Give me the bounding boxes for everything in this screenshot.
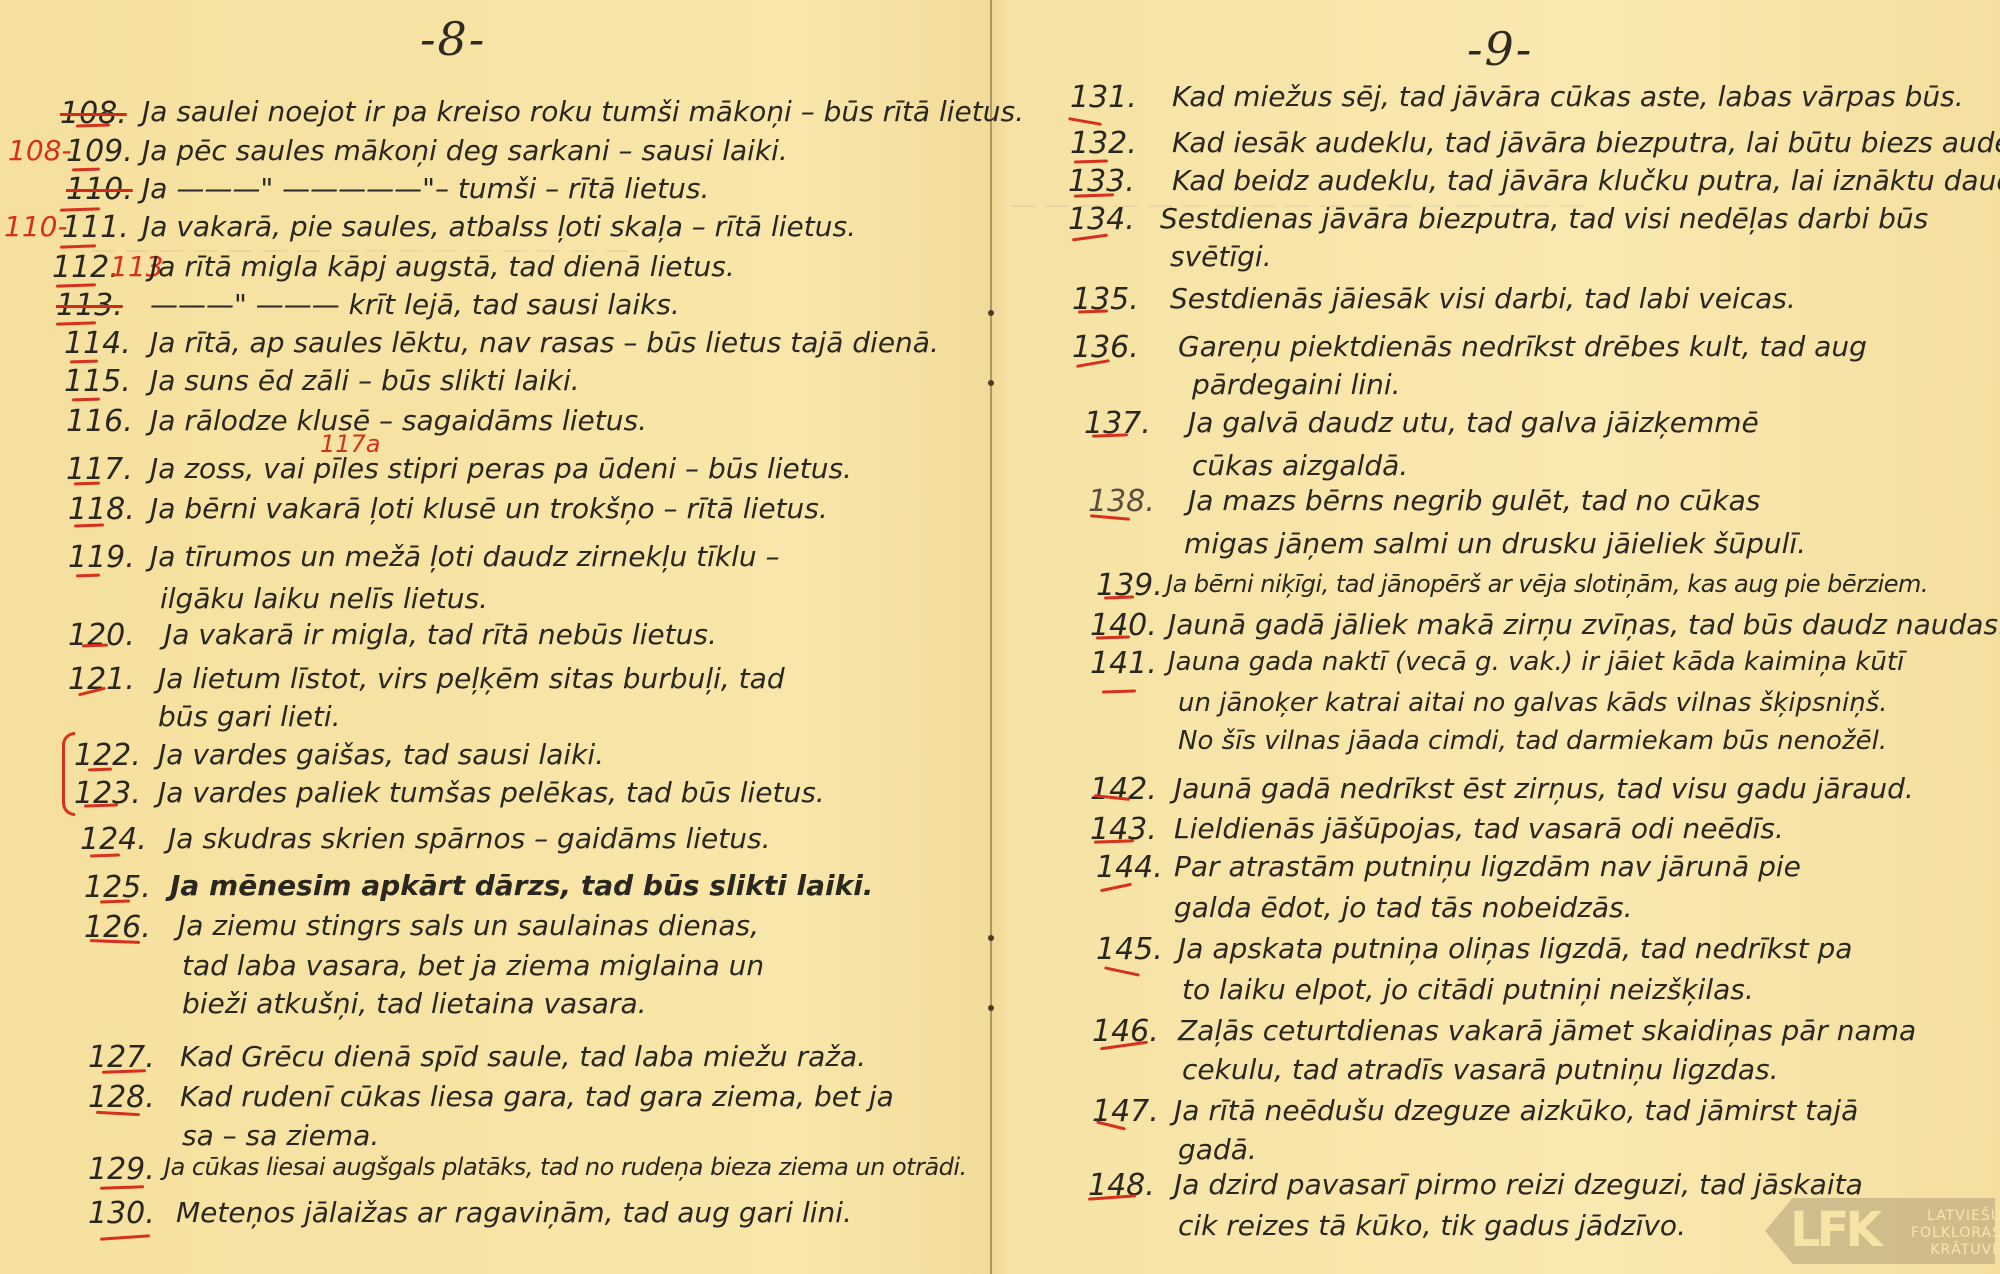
entry-number: 134. xyxy=(1068,202,1135,237)
red-underline xyxy=(70,360,98,364)
entry-number: 124. xyxy=(80,822,147,857)
entry-number: 131. xyxy=(1070,80,1137,115)
entry-text: Ja rītā, ap saules lēktu, nav rasas – bū… xyxy=(150,329,939,357)
entry-number: 114. xyxy=(64,326,131,361)
entry-text: Ja vakarā, pie saules, atbalss ļoti skaļ… xyxy=(142,213,856,241)
archive-watermark-logo: LFK LATVIEŠU FOLKLORAS KRĀTUVE xyxy=(1735,1190,1997,1274)
entry-text: Jaunā gadā jāliek makā zirņu zvīņas, tad… xyxy=(1168,611,2000,639)
entry-text: Kad Grēcu dienā spīd saule, tad laba mie… xyxy=(180,1043,866,1071)
entry-text: Kad miežus sēj, tad jāvāra cūkas aste, l… xyxy=(1172,83,1964,111)
entry-text: ———" ——— krīt lejā, tad sausi laiks. xyxy=(150,291,680,319)
entry-text: Ja mazs bērns negrib gulēt, tad no cūkas xyxy=(1188,487,1760,515)
entry-number: 120. xyxy=(68,618,135,653)
entry-number: 118. xyxy=(68,492,135,527)
entry-text: Meteņos jālaižas ar ragaviņām, tad aug g… xyxy=(176,1199,852,1227)
entry-number: 115. xyxy=(64,364,131,399)
logo-monogram: LFK xyxy=(1790,1202,1879,1258)
entry-text-continued: cekulu, tad atradīs vasarā putniņu ligzd… xyxy=(1182,1056,1778,1084)
entry-text-continued: bieži atkušņi, tad lietaina vasara. xyxy=(182,990,647,1018)
entry-number: 109. xyxy=(66,134,133,169)
entry-text-continued: būs gari lieti. xyxy=(158,703,341,731)
entry-text-continued: to laiku elpot, jo citādi putniņi neizšķ… xyxy=(1182,976,1754,1004)
entry-number: 112. xyxy=(52,250,119,285)
red-underline xyxy=(100,1234,150,1240)
entry-text-continued: pārdegaini lini. xyxy=(1192,371,1401,399)
page-number: -9- xyxy=(1467,22,1533,76)
entry-text: Sestdienas jāvāra biezputra, tad visi ne… xyxy=(1160,205,1928,233)
red-underline xyxy=(76,574,100,578)
red-underline xyxy=(60,244,96,248)
entry-text: Ja saulei noejot ir pa kreiso roku tumši… xyxy=(142,98,1024,126)
entry-text: Ja rītā neēdušu dzeguze aizkūko, tad jām… xyxy=(1174,1097,1858,1125)
entry-number: 138. xyxy=(1088,484,1155,519)
entry-text-continued: svētīgi. xyxy=(1170,243,1272,271)
entry-number: 132. xyxy=(1070,126,1137,161)
entry-number: 110. xyxy=(66,172,133,207)
entry-text-continued: cūkas aizgaldā. xyxy=(1192,452,1408,480)
entry-text: Ja rālodze klusē – sagaidāms lietus. xyxy=(150,407,647,435)
entry-text: Jauna gada naktī (vecā g. vak.) ir jāiet… xyxy=(1168,649,1904,675)
logo-text: LATVIEŠU FOLKLORAS KRĀTUVE xyxy=(1911,1208,2000,1259)
entry-number: 119. xyxy=(68,540,135,575)
red-renumber-note: 110- xyxy=(4,210,68,243)
entry-text: Kad iesāk audeklu, tad jāvāra biezputra,… xyxy=(1172,129,2000,157)
right-page: -9- 131. Kad miežus sēj, tad jāvāra cūka… xyxy=(992,0,2000,1274)
entry-text: Sestdienās jāiesāk visi darbi, tad labi … xyxy=(1170,285,1796,313)
entry-text: Ja galvā daudz utu, tad galva jāizķemmē xyxy=(1188,409,1759,437)
entry-text: Ja lietum līstot, virs peļķēm sitas burb… xyxy=(158,665,785,693)
entry-number: 111. xyxy=(62,210,129,245)
logo-line: KRĀTUVE xyxy=(1911,1242,2000,1259)
entry-text-continued: un jānoķer katrai aitai no galvas kāds v… xyxy=(1178,690,1888,716)
entry-text: Kad beidz audeklu, tad jāvāra klučku put… xyxy=(1172,167,2000,195)
entry-text: Ja mēnesim apkārt dārzs, tad būs slikti … xyxy=(170,872,873,900)
entry-number: 128. xyxy=(88,1080,155,1115)
entry-text-continued: sa – sa ziema. xyxy=(182,1122,379,1150)
entry-text-continued: gadā. xyxy=(1178,1136,1257,1164)
red-underline xyxy=(1102,689,1136,693)
red-underline xyxy=(72,398,100,402)
entry-text: Ja bērni niķīgi, tad jānopērš ar vēja sl… xyxy=(1166,572,1928,596)
entry-number: 144. xyxy=(1096,850,1163,885)
entry-text-continued: cik reizes tā kūko, tik gadus jādzīvo. xyxy=(1178,1212,1686,1240)
entry-text: Par atrastām putniņu ligzdām nav jārunā … xyxy=(1174,853,1801,881)
entry-number: 142. xyxy=(1090,772,1157,807)
entry-text: Ja apskata putniņa oliņas ligzdā, tad ne… xyxy=(1178,935,1852,963)
entry-number: 116. xyxy=(66,404,133,439)
page-number: -8- xyxy=(420,12,486,66)
entry-text: Ja rītā migla kāpj augstā, tad dienā lie… xyxy=(150,253,735,281)
entry-number: 130. xyxy=(88,1196,155,1231)
entry-text: Ja vakarā ir migla, tad rītā nebūs lietu… xyxy=(164,621,717,649)
entry-text: Jaunā gadā nedrīkst ēst zirņus, tad visu… xyxy=(1174,775,1914,803)
red-underline xyxy=(1068,117,1102,126)
red-renumber-note: 108- xyxy=(8,134,72,167)
entry-text: Ja vardes paliek tumšas pelēkas, tad būs… xyxy=(158,779,825,807)
entry-text: Ja tīrumos un mežā ļoti daudz zirnekļu t… xyxy=(150,543,780,571)
entry-text: Ja ———" —————"– tumši – rītā lietus. xyxy=(142,175,709,203)
entry-text-continued: migas jāņem salmi un drusku jāieliek šūp… xyxy=(1184,530,1806,558)
entry-text: Ja skudras skrien spārnos – gaidāms liet… xyxy=(168,825,770,853)
red-underline xyxy=(1074,159,1108,163)
entry-text: Ja pēc saules mākoņi deg sarkani – sausi… xyxy=(142,137,788,165)
entry-text-continued: No šīs vilnas jāada cimdi, tad darmiekam… xyxy=(1178,728,1887,754)
red-underline xyxy=(72,168,100,172)
entry-number: 129. xyxy=(88,1152,155,1187)
entry-text-continued: galda ēdot, jo tad tās nobeidzās. xyxy=(1174,894,1632,922)
red-underline xyxy=(100,1185,144,1190)
entry-text: Ja suns ēd zāli – būs slikti laiki. xyxy=(150,367,580,395)
entry-text: Ja vardes gaišas, tad sausi laiki. xyxy=(158,741,604,769)
entry-text: Ja ziemu stingrs sals un saulainas diena… xyxy=(178,912,759,940)
logo-line: LATVIEŠU xyxy=(1911,1208,2000,1225)
entry-number: 145. xyxy=(1096,932,1163,967)
entry-text: Lieldienās jāšūpojas, tad vasarā odi neē… xyxy=(1174,815,1784,843)
logo-line: FOLKLORAS xyxy=(1911,1225,2000,1242)
entry-number: 141. xyxy=(1090,646,1157,681)
entry-text: Zaļās ceturtdienas vakarā jāmet skaidiņa… xyxy=(1178,1017,1916,1045)
entry-text: Ja cūkas liesai augšgals platāks, tad no… xyxy=(164,1155,967,1179)
entry-text: Gareņu piektdienās nedrīkst drēbes kult,… xyxy=(1178,333,1867,361)
red-underline xyxy=(1104,966,1140,976)
entry-number: 113. xyxy=(56,288,123,323)
entry-text-continued: ilgāku laiku nelīs lietus. xyxy=(160,585,488,613)
entry-text: Kad rudenī cūkas liesa gara, tad gara zi… xyxy=(180,1083,894,1111)
left-page: -8- 108. Ja saulei noejot ir pa kreiso r… xyxy=(0,0,990,1274)
entry-text-continued: tad laba vasara, bet ja ziema miglaina u… xyxy=(182,952,764,980)
entry-text: Ja bērni vakarā ļoti klusē un trokšņo – … xyxy=(150,495,828,523)
entry-number: 121. xyxy=(68,662,135,697)
manuscript-spread: — — — — — — — — — — — — — — — — — — — — … xyxy=(0,0,2000,1274)
entry-text: Ja zoss, vai pīles stipri peras pa ūdeni… xyxy=(150,455,852,483)
